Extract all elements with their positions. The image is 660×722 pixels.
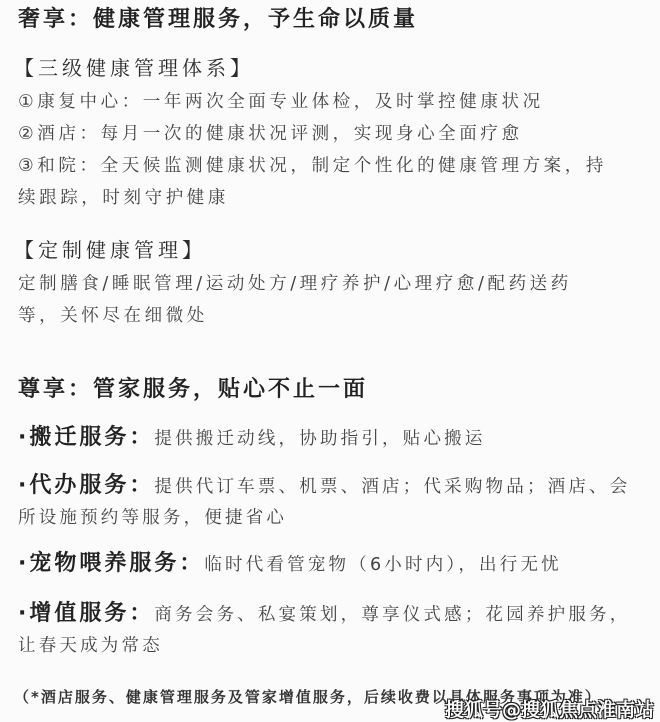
service-item-errands: ·代办服务：提供代订车票、机票、酒店；代采购物品；酒店、会 (18, 468, 630, 499)
list-item-continuation: 续跟踪，时刻守护健康 (18, 184, 229, 209)
paragraph-line: 定制膳食/睡眠管理/运动处方/理疗养护/心理疗愈/配药送药 (18, 270, 572, 295)
service-text-continuation: 让春天成为常态 (18, 632, 163, 657)
service-text: 提供搬迁动线，协助指引，贴心搬运 (154, 429, 485, 449)
list-item: ③和院：全天候监测健康状况，制定个性化的健康管理方案，持 (18, 152, 607, 177)
subsection-heading-custom-health: 【定制健康管理】 (14, 234, 206, 263)
service-label: ·搬迁服务： (18, 425, 154, 450)
paragraph-line: 等，关怀尽在细微处 (18, 302, 208, 327)
service-label: ·增值服务： (18, 601, 154, 626)
service-text: 提供代订车票、机票、酒店；代采购物品；酒店、会 (154, 477, 630, 497)
service-label: ·宠物喂养服务： (18, 551, 204, 576)
service-item-value-added: ·增值服务：商务会务、私宴策划，尊享仪式感；花园养护服务， (18, 596, 630, 627)
service-item-moving: ·搬迁服务：提供搬迁动线，协助指引，贴心搬运 (18, 420, 486, 451)
service-text: 商务会务、私宴策划，尊享仪式感；花园养护服务， (154, 605, 630, 625)
document-page: 奢享：健康管理服务，予生命以质量 【三级健康管理体系】 ①康复中心：一年两次全面… (0, 0, 660, 722)
section-title-butler: 尊享：管家服务，贴心不止一面 (18, 372, 368, 403)
service-item-pet: ·宠物喂养服务：临时代看管宠物（6小时内），出行无忧 (18, 546, 562, 577)
section-title-health: 奢享：健康管理服务，予生命以质量 (18, 2, 418, 33)
subsection-heading-three-level: 【三级健康管理体系】 (14, 52, 254, 81)
service-text: 临时代看管宠物（6小时内），出行无忧 (204, 555, 561, 575)
service-text-continuation: 所设施预约等服务，便捷省心 (18, 504, 287, 529)
list-item: ②酒店：每月一次的健康状况评测，实现身心全面疗愈 (18, 120, 523, 145)
service-label: ·代办服务： (18, 473, 154, 498)
list-item: ①康复中心：一年两次全面专业体检，及时掌控健康状况 (18, 88, 544, 113)
watermark: 搜狐号@搜狐焦点淮南站 (445, 695, 654, 722)
